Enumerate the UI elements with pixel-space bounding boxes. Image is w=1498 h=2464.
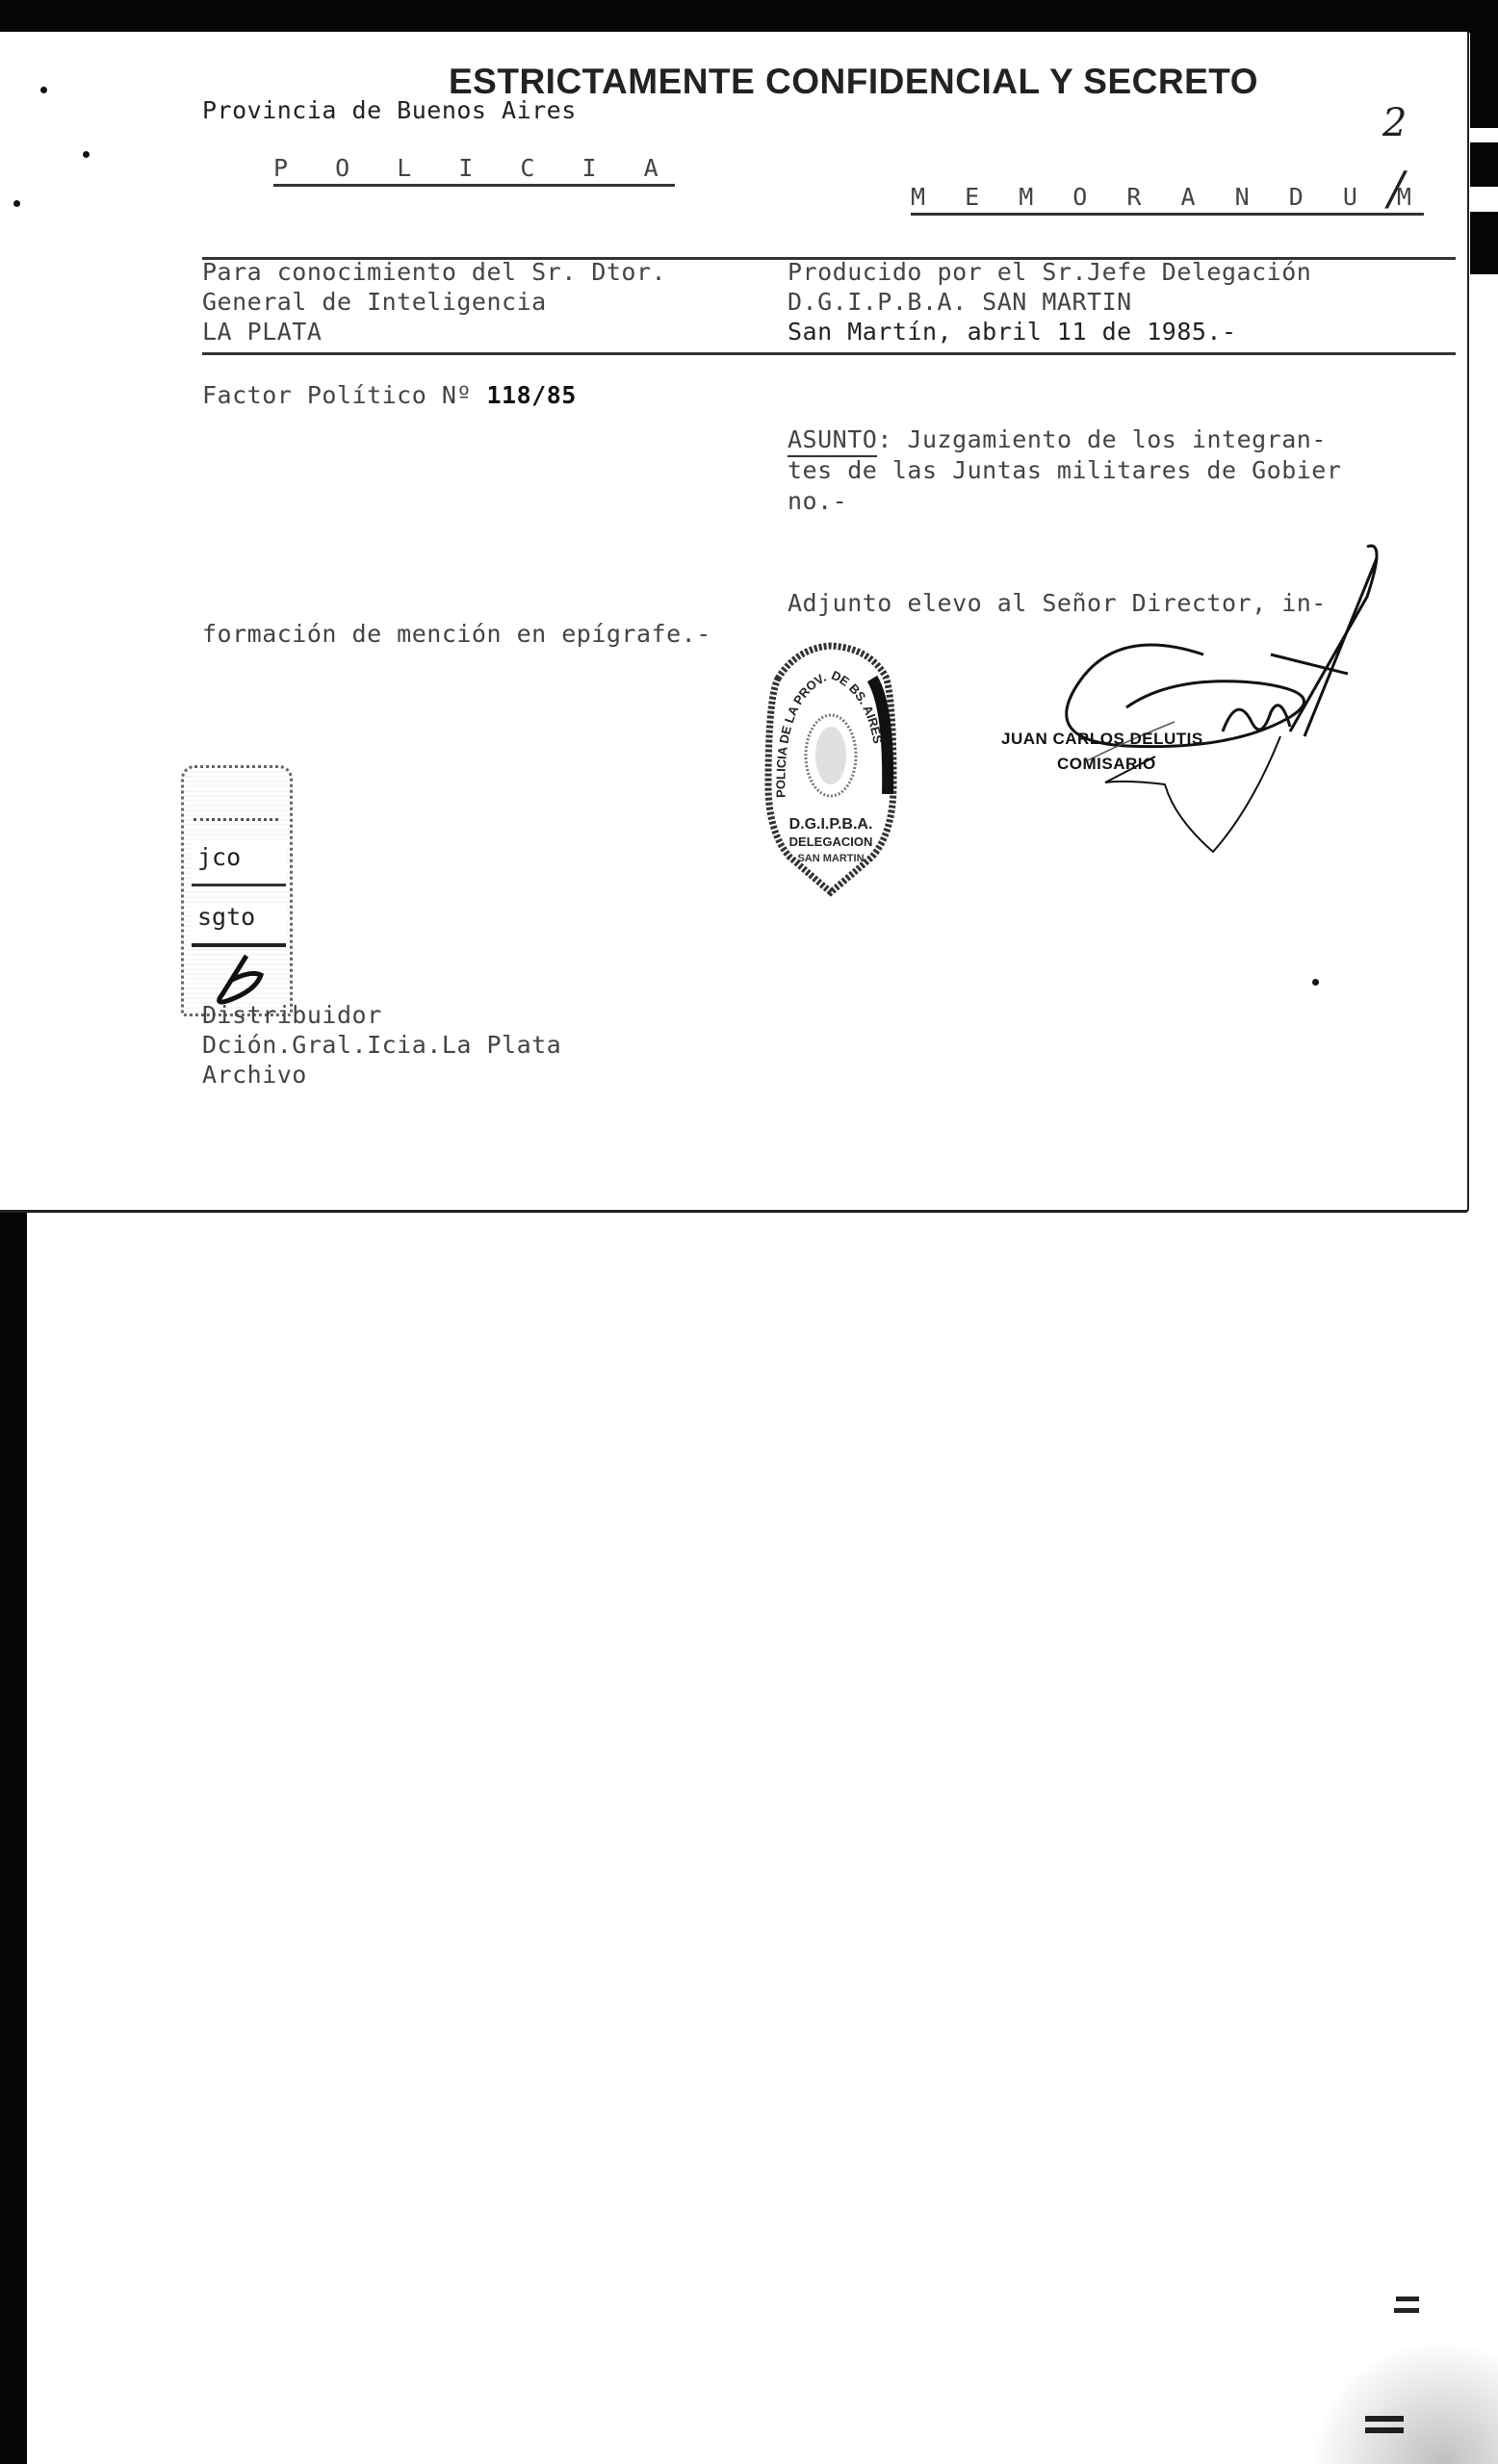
- agency-title: P O L I C I A: [273, 154, 675, 187]
- scan-right-border: [1470, 32, 1498, 128]
- province-name: Provincia de Buenos Aires: [202, 96, 577, 124]
- initials-stamp: jco sgto: [181, 765, 293, 1016]
- reference-number: Factor Político Nº 118/85: [202, 381, 577, 409]
- seal-line: SAN MARTIN: [797, 853, 864, 864]
- scan-mark: [1394, 2308, 1419, 2313]
- initials-scribble-icon: [203, 951, 271, 1009]
- scan-speck: [40, 87, 47, 93]
- scan-right-border: [1470, 212, 1498, 274]
- sender-line: Producido por el Sr.Jefe Delegación: [788, 258, 1311, 286]
- date-line: San Martín, abril 11 de 1985.-: [788, 318, 1237, 346]
- seal-line: DELEGACION: [789, 834, 873, 849]
- distribution-line: Archivo: [202, 1061, 307, 1089]
- document-type-title: M E M O R A N D U M: [911, 183, 1424, 216]
- initials-stamp-header: [194, 780, 278, 821]
- signatory-title: COMISARIO: [1057, 755, 1156, 774]
- initials-cell: sgto: [192, 903, 286, 947]
- subject-line: tes de las Juntas militares de Gobier: [788, 456, 1341, 484]
- initials-cell: jco: [192, 843, 286, 886]
- body-line: formación de mención en epígrafe.-: [202, 620, 711, 648]
- scan-top-border: [0, 0, 1498, 33]
- scan-right-border: [1470, 142, 1498, 187]
- handwritten-page-number: 2: [1382, 101, 1407, 145]
- police-shield-icon: POLICIA DE LA PROV. DE BS. AIRES D.G.I.P…: [759, 640, 903, 898]
- official-seal: POLICIA DE LA PROV. DE BS. AIRES D.G.I.P…: [759, 640, 903, 898]
- handwritten-signature-icon: [982, 539, 1406, 866]
- recipient-line: LA PLATA: [202, 318, 322, 346]
- scan-left-border: [0, 1211, 27, 2464]
- scan-speck: [83, 151, 90, 158]
- subject-line: no.-: [788, 487, 847, 515]
- sender-line: D.G.I.P.B.A. SAN MARTIN: [788, 288, 1132, 316]
- reference-label: Factor Político Nº: [202, 381, 472, 409]
- reference-value: 118/85: [487, 381, 577, 409]
- scan-speck: [1312, 979, 1319, 986]
- distribution-label: Distribuidor: [202, 1001, 382, 1029]
- subject-separator: :: [877, 425, 892, 453]
- scan-speck: [13, 200, 20, 207]
- recipient-line: Para conocimiento del Sr. Dtor.: [202, 258, 666, 286]
- seal-line: D.G.I.P.B.A.: [789, 816, 873, 833]
- subject-label: ASUNTO: [788, 425, 877, 457]
- signatory-name: JUAN CARLOS DELUTIS: [1001, 730, 1203, 749]
- scan-mark: [1396, 2297, 1419, 2301]
- scan-noise: [1309, 2339, 1498, 2464]
- recipient-line: General de Inteligencia: [202, 288, 547, 316]
- subject-line: Juzgamiento de los integran-: [907, 425, 1326, 453]
- routing-bottom-rule: [202, 352, 1456, 355]
- distribution-line: Dción.Gral.Icia.La Plata: [202, 1031, 561, 1059]
